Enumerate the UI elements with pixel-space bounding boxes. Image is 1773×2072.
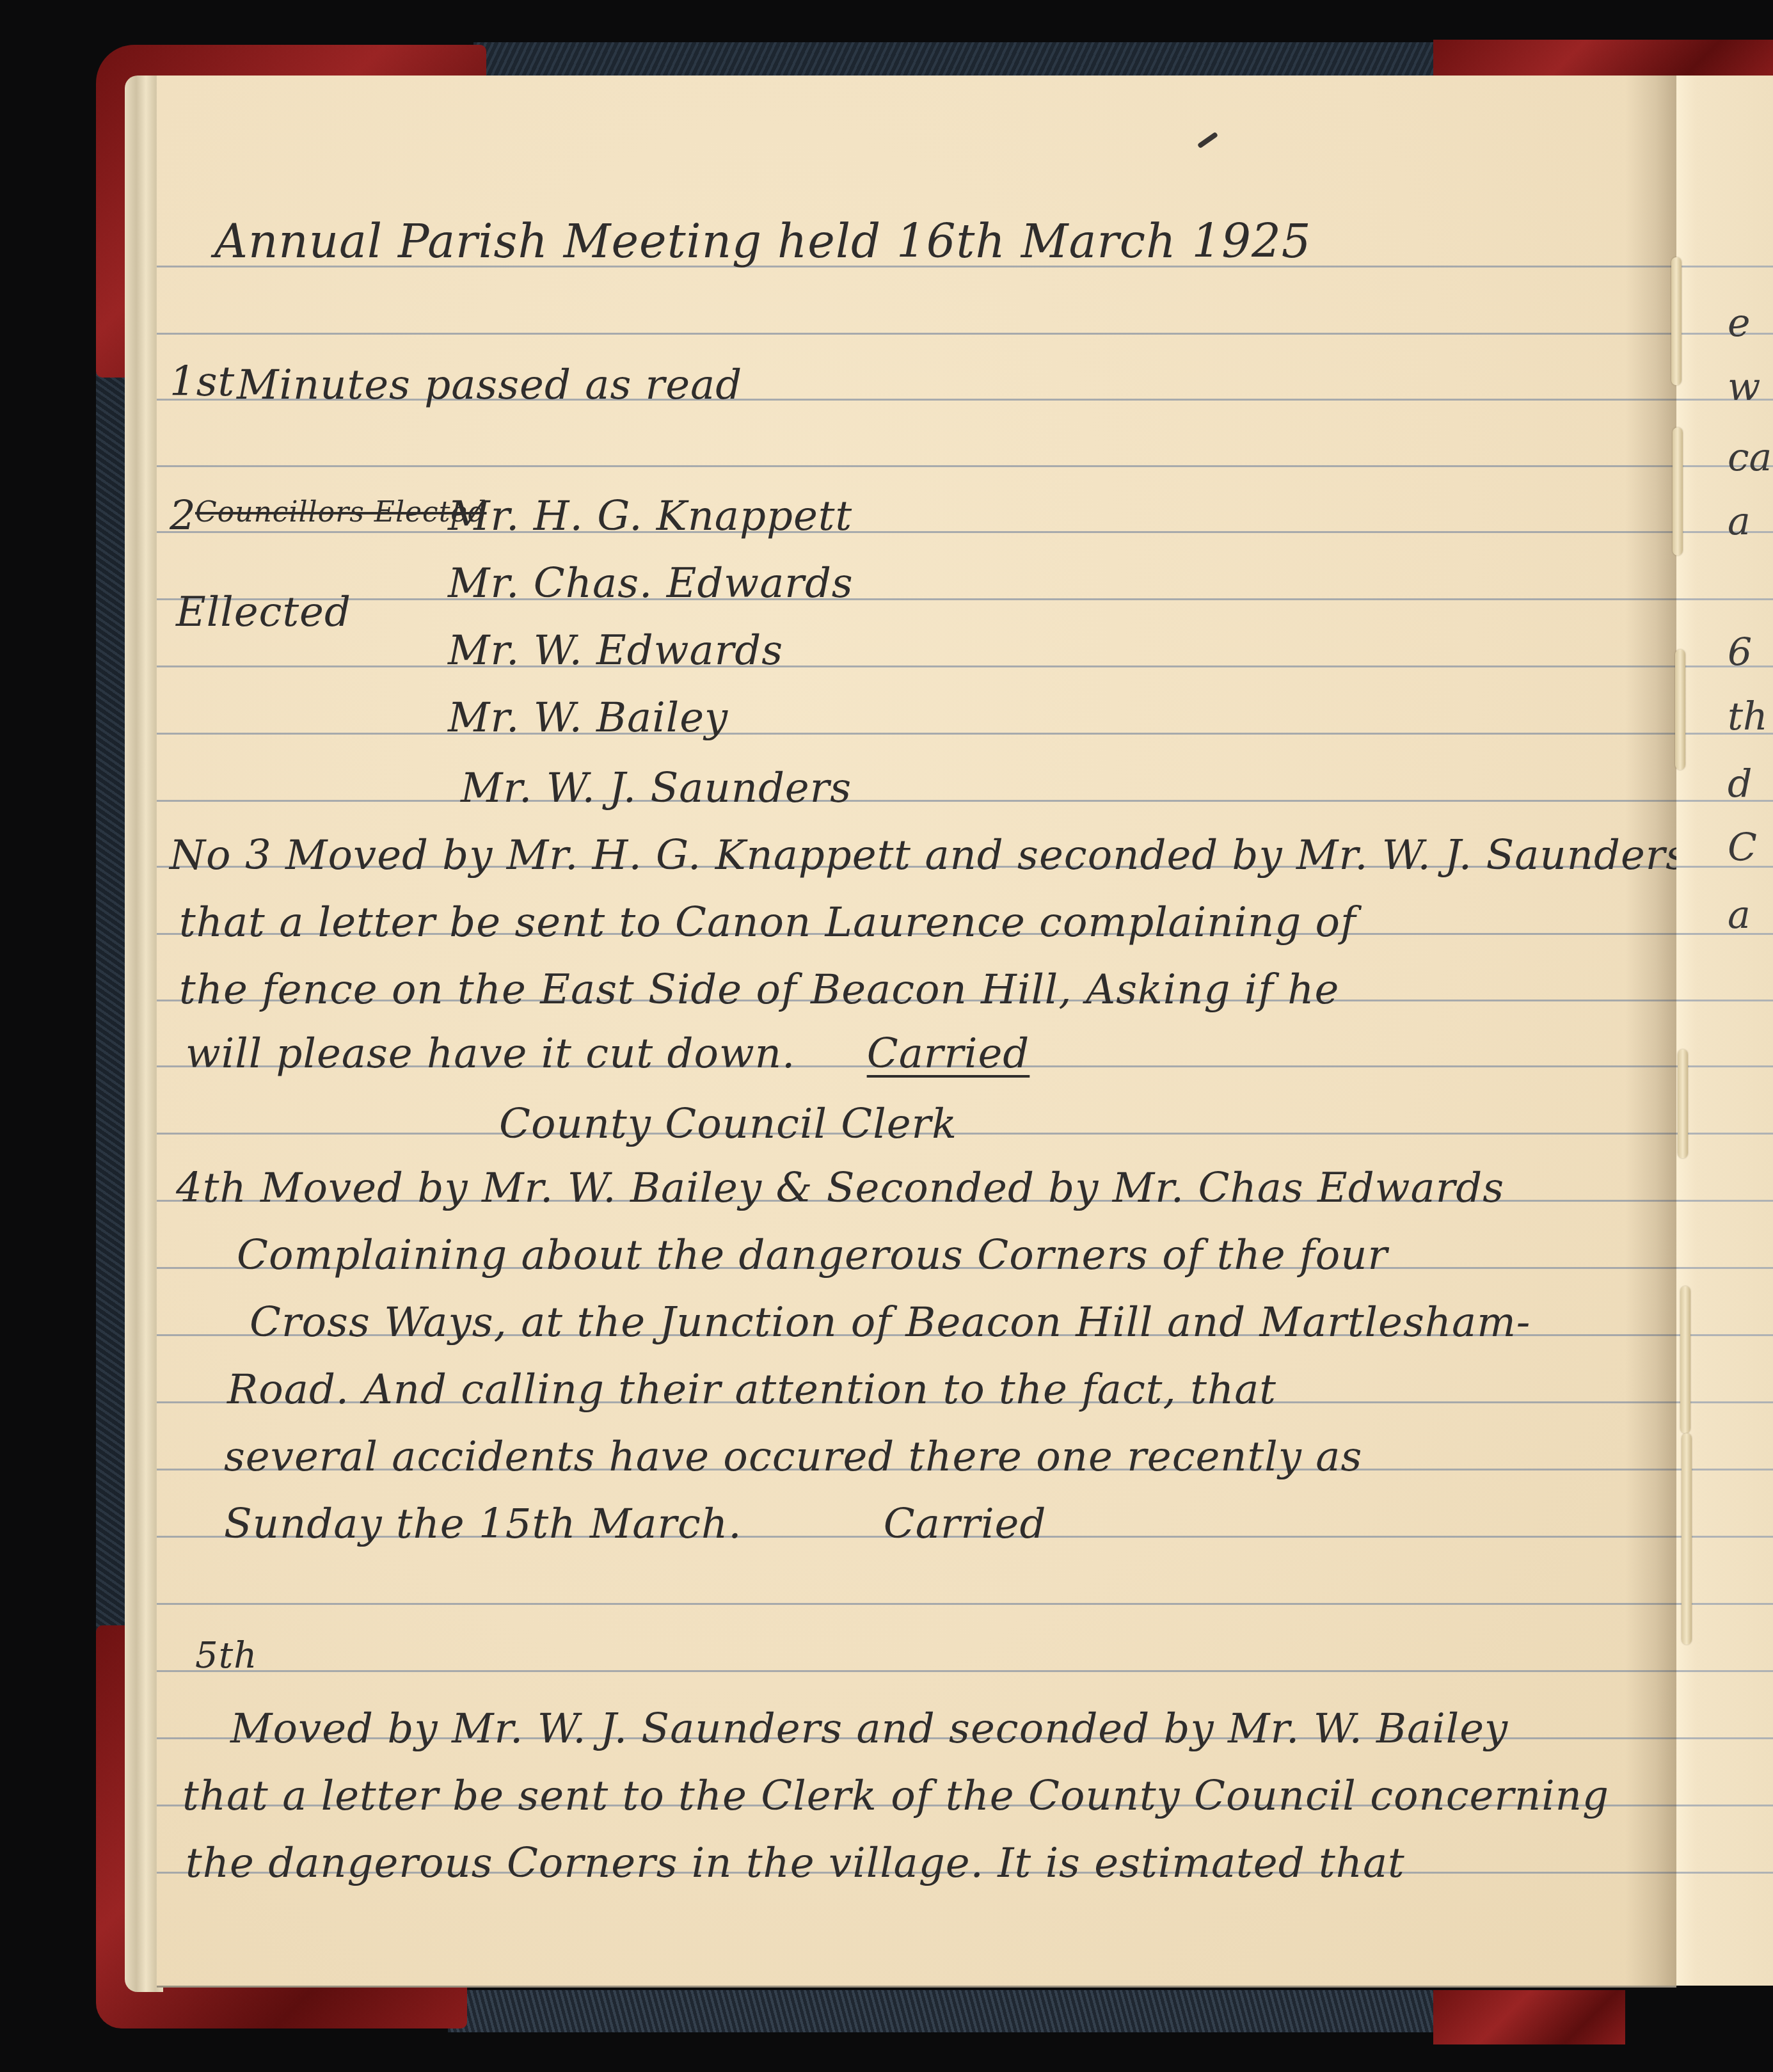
binding-stitch	[1682, 1433, 1692, 1645]
item-4-line: 4th Moved by Mr. W. Bailey & Seconded by…	[176, 1165, 1504, 1212]
rule-line	[1676, 665, 1773, 667]
item-number: No 3	[170, 832, 272, 879]
item-number: 1st	[170, 358, 235, 406]
elected-name: Mr. W. Edwards	[448, 627, 783, 674]
elected-name: Mr. W. Bailey	[448, 694, 728, 742]
item-number: 4th	[176, 1165, 247, 1212]
rule-line	[1676, 1737, 1773, 1739]
rule-line	[157, 800, 1676, 802]
rule-line	[1676, 266, 1773, 267]
cover-cloth-top	[473, 42, 1433, 79]
rule-line	[1676, 1872, 1773, 1874]
rule-line	[1676, 1200, 1773, 1202]
item-5-number: 5th	[195, 1635, 257, 1677]
rule-line	[1676, 1670, 1773, 1672]
rule-line	[1676, 1334, 1773, 1336]
rule-line	[1676, 1267, 1773, 1269]
result-carried: Carried	[884, 1501, 1047, 1548]
item-2-margin-label: Ellected	[176, 589, 351, 636]
rule-line	[157, 598, 1676, 600]
elected-name: Mr. Chas. Edwards	[448, 560, 854, 607]
item-4-line: Road. And calling their attention to the…	[227, 1366, 1276, 1414]
facing-page-fragment: w	[1728, 365, 1760, 410]
facing-page-fragment: th	[1728, 694, 1768, 739]
item-4-line: Cross Ways, at the Junction of Beacon Hi…	[250, 1299, 1531, 1346]
rule-line	[157, 531, 1676, 533]
rule-line	[1676, 1065, 1773, 1067]
item-5-line: the dangerous Corners in the village. It…	[186, 1840, 1405, 1887]
item-1-text: Minutes passed as read	[237, 362, 742, 409]
facing-page-fragment: C	[1728, 825, 1757, 870]
rule-line	[1676, 531, 1773, 533]
facing-page-fragment: e	[1728, 301, 1751, 346]
rule-line	[1676, 1000, 1773, 1001]
facing-page-fragment: a	[1728, 893, 1751, 937]
gutter-shadow	[1625, 76, 1676, 1986]
rule-line	[1676, 1133, 1773, 1135]
item-3-line: No 3 Moved by Mr. H. G. Knappett and sec…	[170, 832, 1687, 879]
rule-line	[157, 333, 1676, 335]
rule-line	[157, 465, 1676, 467]
binding-stitch	[1680, 1286, 1690, 1433]
binding-stitch	[1675, 649, 1685, 770]
item-1-number: 1st	[170, 358, 235, 406]
meeting-title: Annual Parish Meeting held 16th March 19…	[214, 214, 1312, 268]
leather-corner-top-right	[1433, 40, 1773, 78]
result-carried: Carried	[867, 1030, 1030, 1078]
facing-page	[1676, 76, 1773, 1986]
facing-page-fragment: 6	[1728, 630, 1752, 675]
elected-name: Mr. H. G. Knappett	[448, 493, 852, 540]
item-2-struck-label: Councillors Elected	[195, 496, 487, 529]
item-text: will please have it cut down.	[186, 1030, 795, 1078]
rule-line	[157, 733, 1676, 735]
item-text: Moved by Mr. H. G. Knappett and seconded…	[285, 832, 1687, 879]
item-2-number: 2	[170, 493, 196, 540]
rule-line	[1676, 866, 1773, 868]
binding-stitch	[1671, 257, 1682, 385]
facing-page-fragment: ca	[1728, 435, 1772, 480]
cover-cloth-bottom	[448, 1990, 1433, 2032]
item-text: Moved by Mr. W. Bailey & Seconded by Mr.…	[260, 1165, 1504, 1212]
rule-line	[1676, 933, 1773, 935]
item-3-line: the fence on the East Side of Beacon Hil…	[179, 966, 1339, 1014]
elected-name: Mr. W. J. Saunders	[461, 765, 852, 812]
item-3-line: will please have it cut down. Carried	[186, 1030, 1030, 1078]
rule-line	[1676, 1401, 1773, 1403]
item-4-line: Sunday the 15th March. Carried	[224, 1501, 1046, 1548]
rule-line	[157, 1603, 1676, 1605]
facing-page-fragment: a	[1728, 499, 1751, 544]
item-5-line: Moved by Mr. W. J. Saunders and seconded…	[230, 1705, 1508, 1753]
binding-stitch	[1673, 427, 1683, 555]
rule-line	[1676, 598, 1773, 600]
rule-line	[1676, 1805, 1773, 1806]
rule-line	[1676, 800, 1773, 802]
item-3-line: that a letter be sent to Canon Laurence …	[179, 899, 1356, 946]
rule-line	[157, 1670, 1676, 1672]
facing-page-fragment: d	[1728, 761, 1752, 806]
item-4-line: Complaining about the dangerous Corners …	[237, 1232, 1388, 1279]
item-5-line: that a letter be sent to the Clerk of th…	[182, 1773, 1609, 1820]
item-4-heading: County Council Clerk	[499, 1101, 957, 1148]
leather-corner-bottom-right	[1433, 1990, 1625, 2044]
rule-line	[157, 665, 1676, 667]
item-4-line: several accidents have occured there one…	[224, 1433, 1362, 1481]
binding-stitch	[1678, 1049, 1688, 1158]
item-text: Sunday the 15th March.	[224, 1501, 742, 1548]
rule-line	[1676, 333, 1773, 335]
